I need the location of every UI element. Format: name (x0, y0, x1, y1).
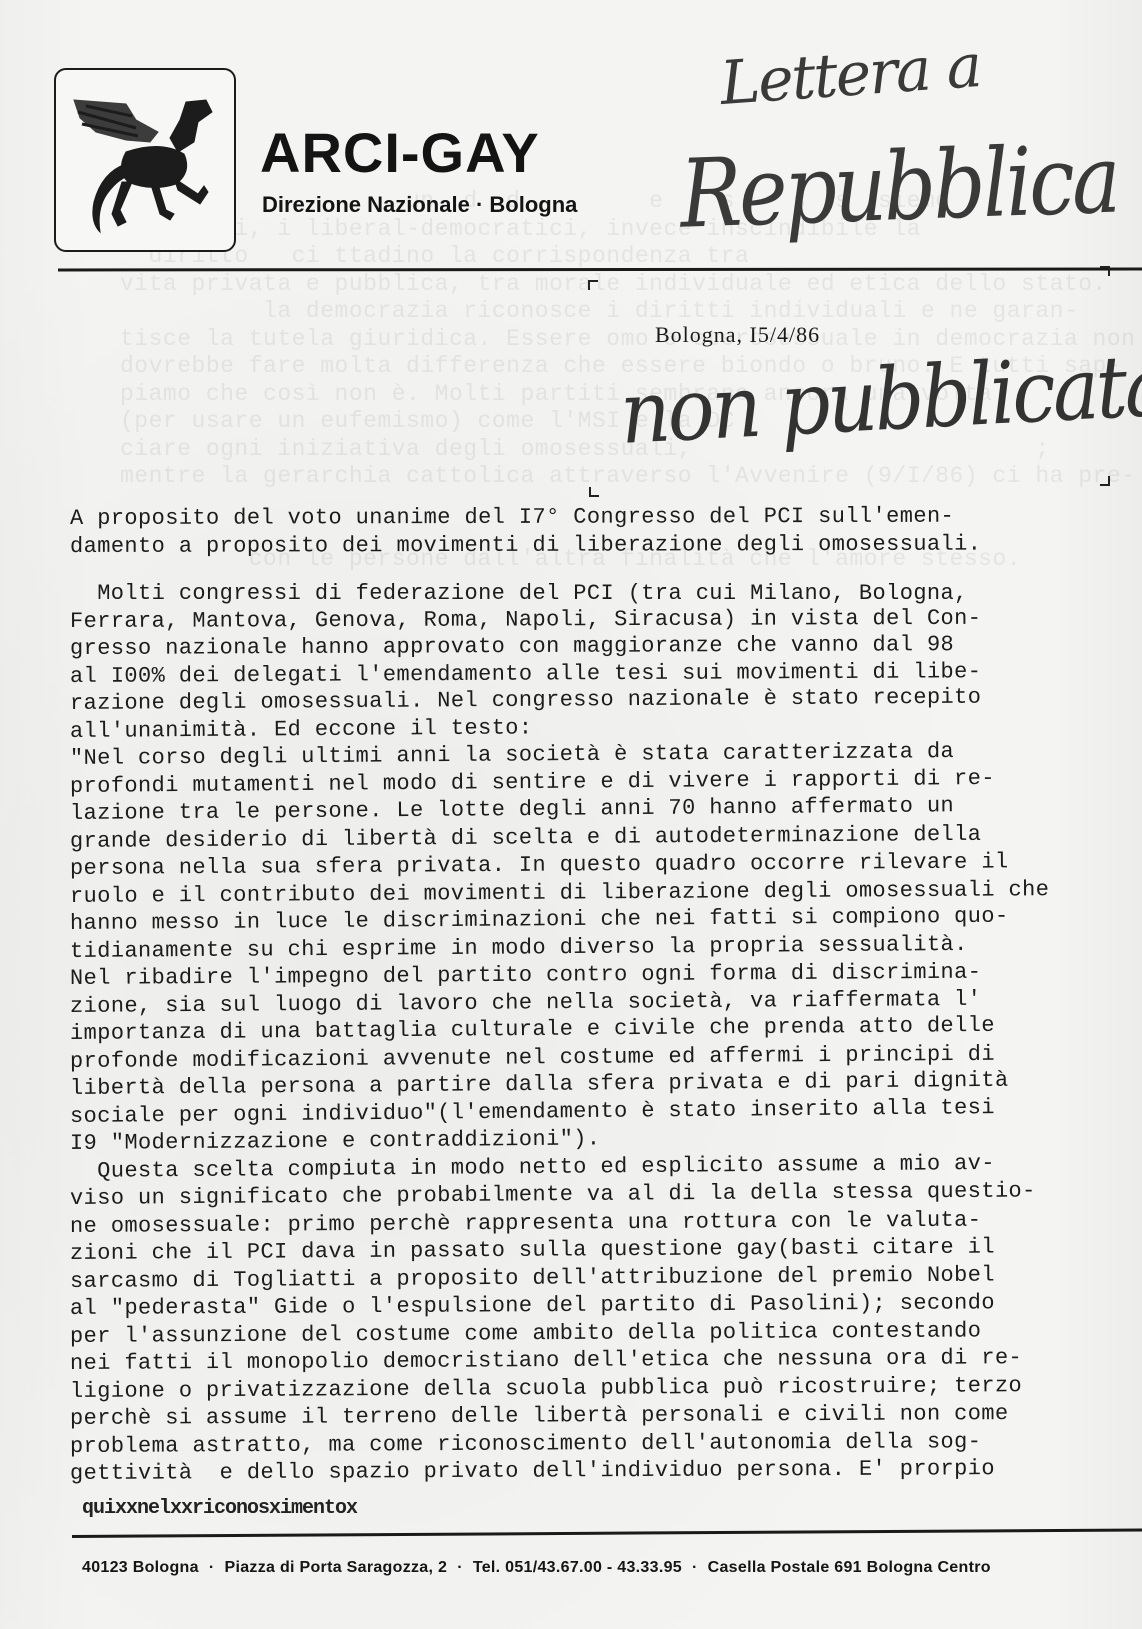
address-window-corner (588, 280, 598, 290)
letterhead-divider (58, 268, 1142, 271)
body-line: damento a proposito dei movimenti di lib… (70, 530, 1130, 560)
body-line: Molti congressi di federazione del PCI (… (70, 580, 1130, 608)
footer-separator: · (692, 1559, 698, 1577)
handwritten-note-line2: Repubblica (678, 125, 1119, 249)
footer-separator: · (457, 1559, 463, 1577)
logo (54, 68, 236, 252)
footer-divider (72, 1528, 1142, 1538)
letter-body: A proposito del voto unanime del I7° Con… (70, 505, 1130, 1488)
handwritten-note-line3: non pubblicata (618, 336, 1142, 464)
body-line: A proposito del voto unanime del I7° Con… (70, 502, 1130, 532)
address-window-corner (1100, 266, 1110, 276)
handwritten-note-line1: Lettera a (718, 31, 983, 119)
organization-subtitle: Direzione Nazionale · Bologna (262, 192, 577, 218)
footer: 40123 Bologna·Piazza di Porta Saragozza,… (82, 1559, 1142, 1577)
letter-date: Bologna, I5/4/86 (655, 322, 820, 348)
paragraph-gap (70, 560, 1130, 580)
body-line: gettività e dello spazio privato dell'in… (70, 1454, 1130, 1487)
address-window-corner (589, 487, 599, 497)
pegasus-icon (66, 82, 224, 240)
organization-name: ARCI-GAY (260, 120, 540, 185)
footer-separator: · (209, 1559, 215, 1577)
address-window-corner (1100, 476, 1110, 486)
struck-out-text: quixxnelxxriconosximentox (82, 1497, 357, 1520)
footer-po-box: Casella Postale 691 Bologna Centro (708, 1559, 991, 1576)
footer-phone: Tel. 051/43.67.00 - 43.33.95 (473, 1559, 682, 1576)
letter-page: un d d e s s s sieme i tici, i liberal-d… (0, 0, 1142, 1629)
footer-street: Piazza di Porta Saragozza, 2 (224, 1559, 447, 1576)
footer-address: 40123 Bologna (82, 1559, 199, 1576)
